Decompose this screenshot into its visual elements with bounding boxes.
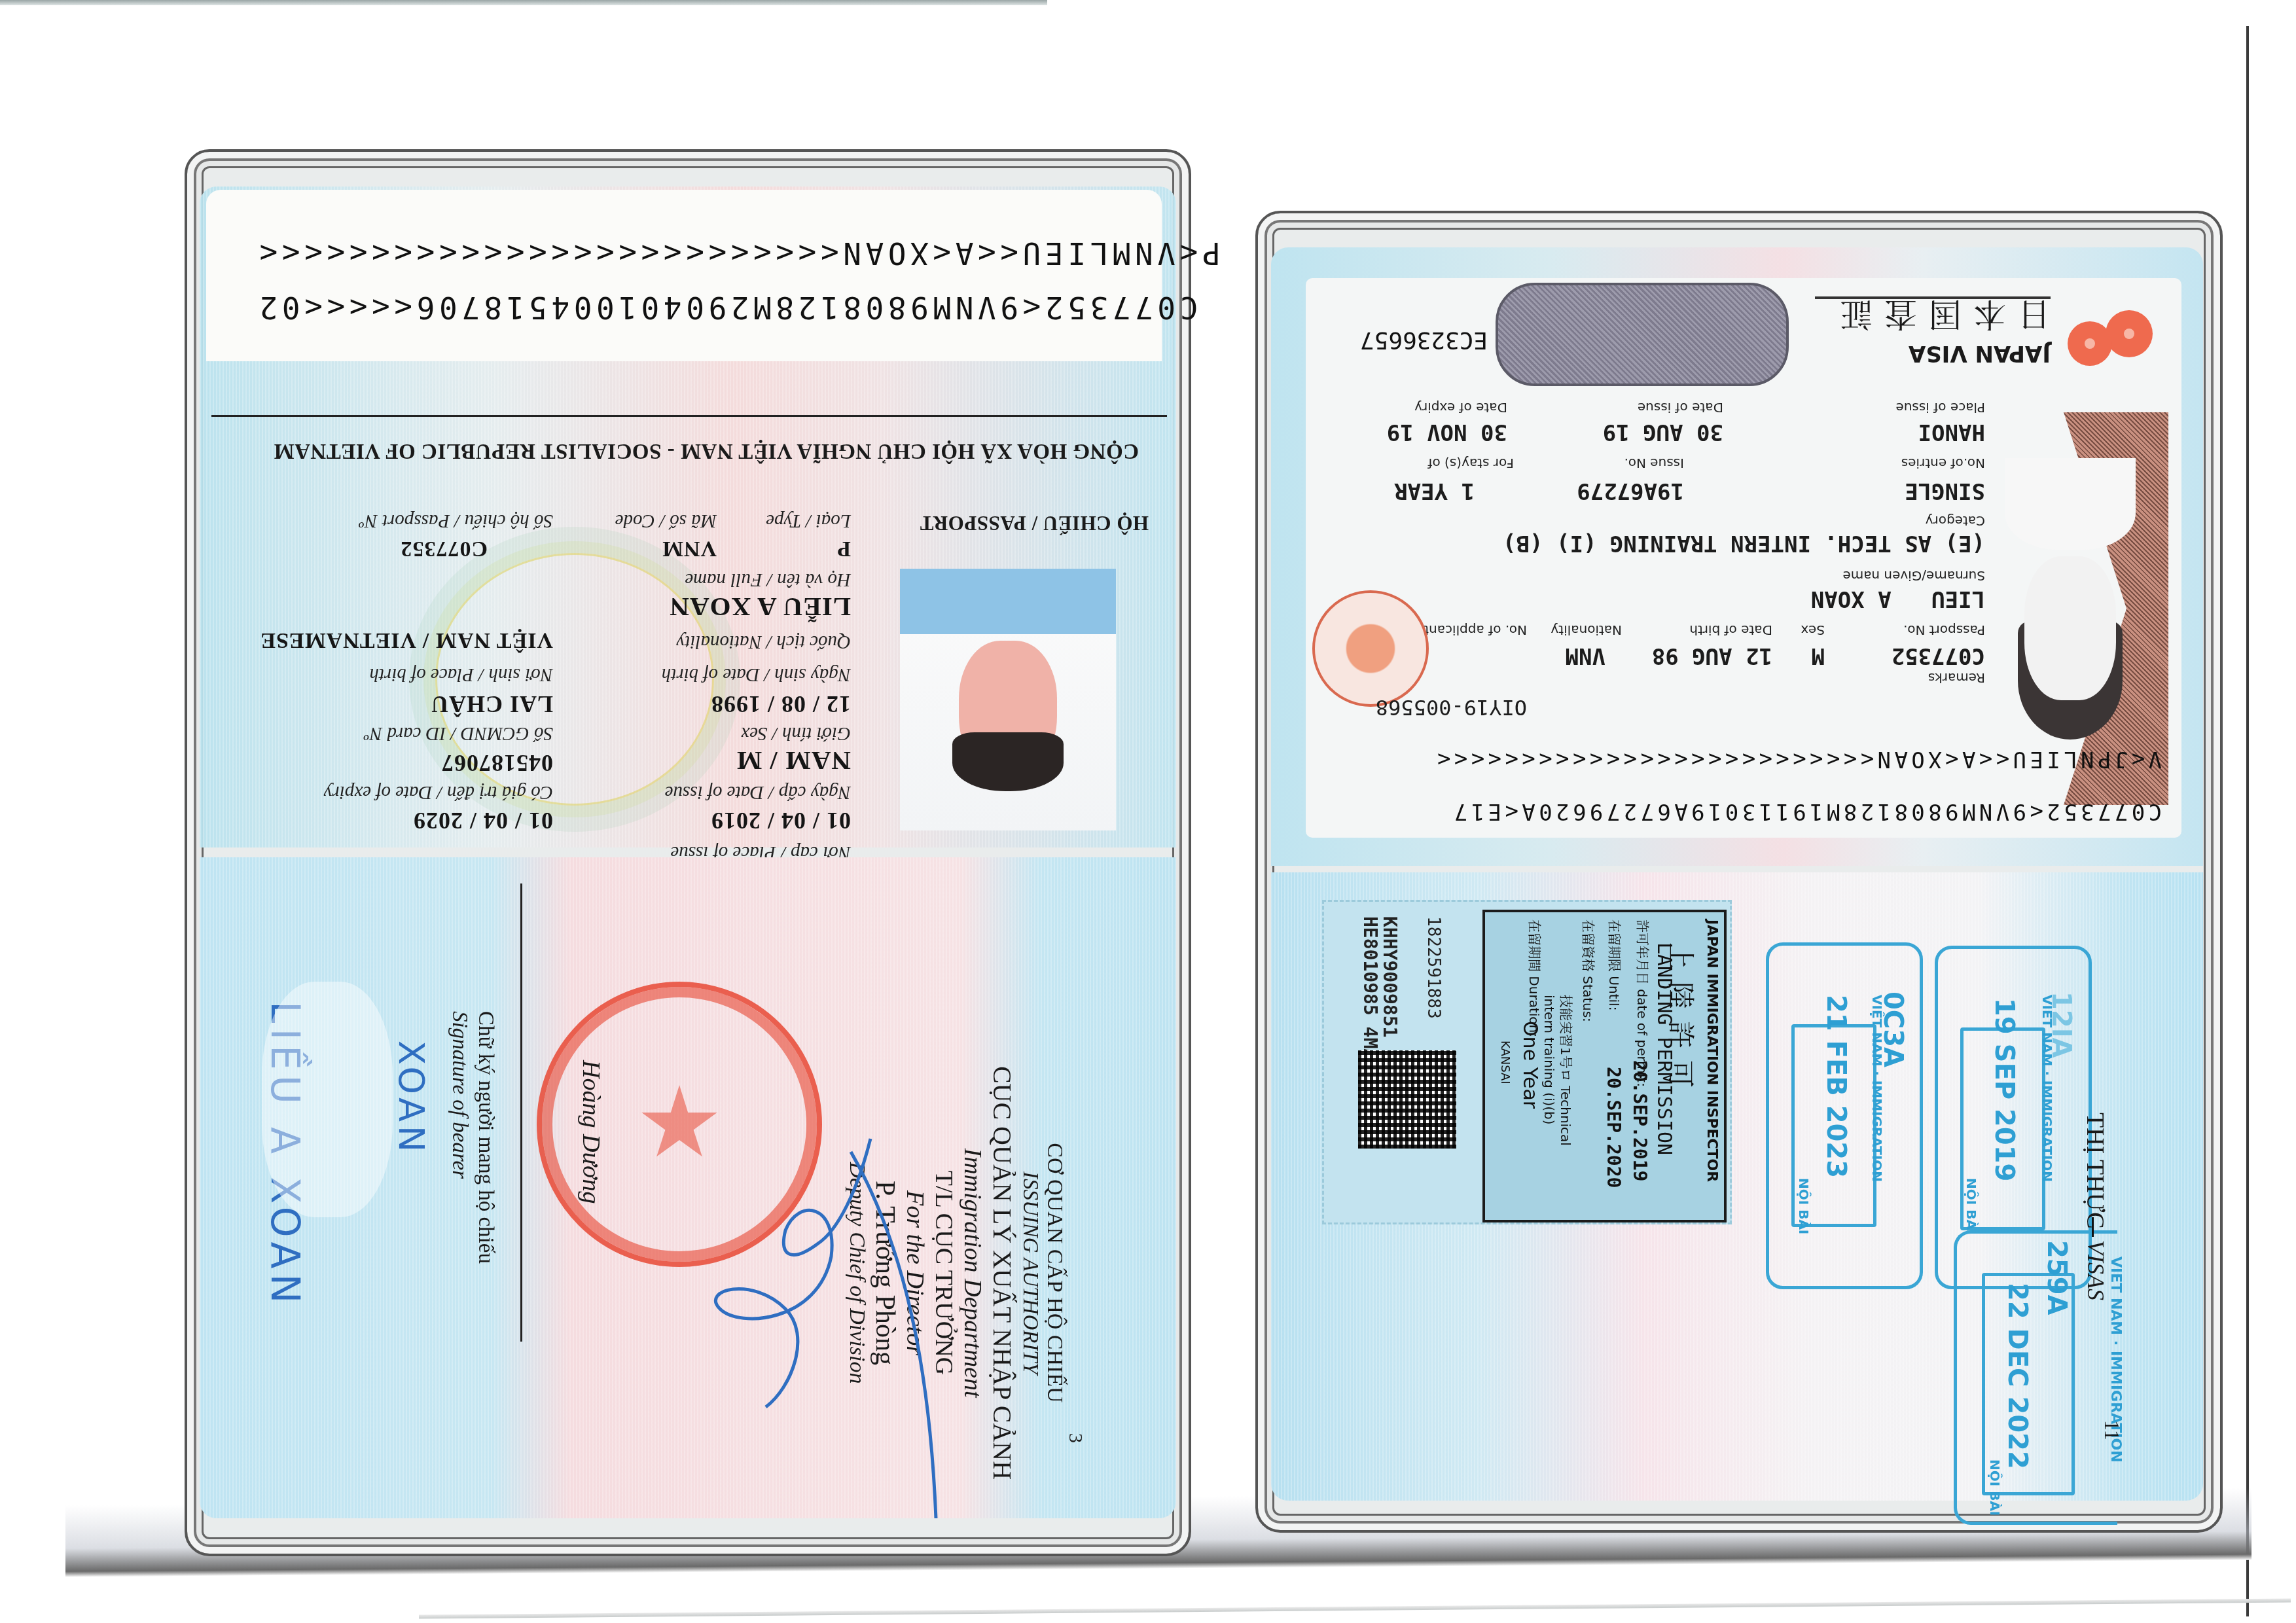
status-value: 技能実習1号ロ Technical intern training (i)(b)	[1541, 995, 1576, 1158]
visa-number: EC3236657	[1360, 327, 1488, 353]
expiry-date-value: 30 NOV 19	[1387, 419, 1507, 445]
entries-value: SINGLE	[1905, 478, 1985, 504]
signatory-name: Hoàng Dương	[577, 1060, 605, 1204]
visa-title-en: JAPAN VISA	[1909, 340, 2051, 366]
dob-value: 12 / 08 / 1998	[711, 690, 851, 718]
dob-label: Ngày sinh / Date of birth	[662, 664, 851, 685]
passport-no-value: C077352	[400, 536, 488, 561]
visa-photo	[1998, 458, 2142, 759]
until-value: 20.SEP.2020	[1603, 1067, 1624, 1188]
visa-mrz-line-1: V<JPNLIEU<<A<XOAN<<<<<<<<<<<<<<<<<<<<<<<…	[1434, 746, 2162, 772]
sex-value: NAM / M	[736, 745, 851, 777]
issue-date-value: 30 AUG 19	[1603, 419, 1723, 445]
authority-line-1: CƠ QUAN CẤP HỘ CHIẾU	[1042, 1037, 1067, 1508]
category-value: (E) AS TECH. INTERN TRAINING (I) (B)	[1503, 530, 1985, 556]
full-name-label: Họ và tên / Full name	[685, 569, 851, 590]
doc-title: HỘ CHIẾU / PASSPORT	[920, 511, 1149, 535]
scan-edge-bottom	[419, 1599, 2291, 1619]
passport-data-block: CỘNG HÒA XÃ HỘI CHỦ NGHĨA VIỆT NAM - SOC…	[206, 361, 1175, 849]
page-number-11: 11	[2100, 1420, 2124, 1440]
entries-label: No.of entries	[1901, 455, 1985, 471]
scan-edge-right	[2246, 26, 2249, 1616]
duration-value: One Year	[1518, 1021, 1541, 1109]
visa-nationality-value: VNM	[1566, 643, 1605, 669]
expiry-label: Có giá trị đến / Date of expiry	[324, 781, 553, 803]
visa-dob-value: 12 AUG 98	[1652, 643, 1772, 669]
passport-mrz-line-1: P<VNMLIEU<<A<XOAN<<<<<<<<<<<<<<<<<<<<<<<…	[255, 236, 1221, 271]
stamp-authority: VIỆT NAM · IMMIGRATION	[1869, 995, 1885, 1182]
title-rule	[1815, 296, 2051, 299]
sakura-icon	[2051, 294, 2168, 380]
code-label: Mã số / Code	[615, 510, 717, 531]
place-issue-value: HANOI	[1918, 419, 1985, 445]
type-label: Loại / Type	[766, 510, 851, 531]
authority-line-4: Immigration Department	[958, 1037, 987, 1508]
passport-photo	[900, 569, 1116, 830]
stamp-port: NỘI BÀI	[1987, 1459, 2003, 1516]
bearer-signature-label: Chữ ký người mang hộ chiếu	[473, 1011, 497, 1264]
applicants-label: No. of applicants	[1417, 622, 1527, 638]
code-value: VNM	[662, 536, 717, 561]
issue-date-label: Ngày cấp / Date of issue	[665, 781, 851, 803]
visa-nationality-label: Nationality	[1551, 622, 1622, 638]
visa-name-value: LIEU A XOAN	[1811, 586, 1985, 612]
landing-code-2: HE8010985 4MA	[1359, 916, 1381, 1060]
mrz-zone	[206, 190, 1162, 361]
passport-no-label: Số hộ chiếu / Passport Nº	[359, 510, 553, 531]
stamp-date: 22 DEC 2022	[2002, 1283, 2032, 1469]
remarks-label: Remarks	[1928, 670, 1985, 686]
category-label: Category	[1926, 513, 1985, 529]
visa-sex-value: M	[1812, 643, 1825, 669]
visa-mrz-line-2: C077352<9VNM9808128M19113019A67279620A<E…	[1450, 798, 2162, 825]
visa-dob-label: Date of birth	[1689, 622, 1772, 638]
visa-page-header-vi: THỊ THỰC	[2081, 1113, 2109, 1229]
landing-port: KANSAI	[1498, 1041, 1512, 1084]
stamp-date: 21 FEB 2023	[1821, 995, 1851, 1178]
id-card-label: Số GCMND / ID card Nº	[364, 722, 553, 744]
visa-page-header-en: VISAS	[2082, 1240, 2109, 1300]
visa-sex-label: Sex	[1801, 622, 1825, 638]
japan-visa-sticker: JAPAN VISA 日本国査証 EC3236657 Place of issu…	[1306, 278, 2181, 838]
page-number-3: 3	[1064, 1433, 1086, 1443]
authority-line-3: CỤC QUẢN LÝ XUẤT NHẬP CẢNH	[987, 1037, 1018, 1508]
header-rule	[211, 415, 1167, 417]
sex-label: Giới tính / Sex	[741, 722, 851, 744]
expiry-value: 01 / 04 / 2029	[413, 807, 553, 834]
mofa-seal	[1312, 590, 1429, 707]
remarks-value: OIY19-005568	[1376, 695, 1527, 720]
page-divider	[520, 883, 522, 1342]
bearer-signature-given: XOAN	[391, 1041, 432, 1156]
duration-label: 在留期間 Duration:	[1526, 919, 1545, 1037]
stay-value: 1 YEAR	[1394, 478, 1475, 504]
pob-value: LAI CHÂU	[431, 690, 553, 718]
scan-edge-top	[0, 0, 1047, 5]
header-dash	[2092, 1217, 2094, 1237]
authority-line-2: ISSUING AUTHORITY	[1018, 1037, 1042, 1508]
stay-label: For stay(s) of	[1427, 455, 1514, 471]
place-issue-label: Place of issue	[1895, 400, 1985, 416]
landing-code-1: KHHY9009851	[1379, 916, 1401, 1037]
issue-date-label: Date of issue	[1638, 400, 1723, 416]
country-header: CỘNG HÒA XÃ HỘI CHỦ NGHĨA VIỆT NAM - SOC…	[274, 438, 1139, 463]
full-name-value: LIỄU A XOAN	[669, 592, 851, 623]
officer-signature	[622, 1113, 962, 1531]
stamp-port: NỘI BÀI	[1796, 1178, 1812, 1234]
hologram	[1496, 283, 1789, 386]
status-label: 在留資格 Status:	[1579, 919, 1598, 1022]
bearer-signature-label-en: Signature of bearer	[447, 1011, 471, 1179]
issue-date-value: 01 / 04 / 2019	[711, 807, 851, 834]
pob-label: Nơi sinh / Place of birth	[370, 664, 554, 685]
visa-passport-no-value: C077352	[1892, 643, 1985, 669]
stamp-date: 19 SEP 2019	[1989, 998, 2019, 1181]
id-card-value: 045187067	[441, 749, 553, 777]
nationality-value: VIỆT NAM / VIETNAMESE	[260, 628, 553, 652]
issue-no-label: Issue No.	[1624, 455, 1684, 471]
nationality-label: Quốc tịch / Nationality	[676, 631, 851, 652]
issue-no-value: 19A67279	[1577, 478, 1684, 504]
landing-title-en: LANDING PERMISSION	[1653, 942, 1676, 1155]
date-permit-value: 20.SEP.2019	[1629, 1060, 1651, 1181]
passport-mrz-line-2: C077352<9VNM9808128M290401004518706<<<<<…	[255, 290, 1198, 325]
stamp-code: 259A	[2041, 1240, 2072, 1315]
type-value: P	[836, 536, 851, 561]
expiry-date-label: Date of expiry	[1414, 400, 1507, 416]
until-label: 在留期限 Until:	[1605, 919, 1624, 1010]
visa-name-label: Surname/Given name	[1842, 568, 1985, 584]
visa-title-jp: 日本国査証	[1828, 293, 2051, 340]
landing-header: JAPAN IMMIGRATION INSPECTOR	[1704, 919, 1720, 1182]
watermark-cloud	[262, 982, 393, 1217]
stamp-authority: VIET NAM · IMMIGRATION	[2039, 995, 2055, 1182]
landing-serial: 1822591883	[1424, 916, 1443, 1019]
visa-passport-no-label: Passport No.	[1903, 622, 1985, 638]
stamp-port: NỘI BÀI	[1964, 1178, 1979, 1234]
qr-code-icon	[1358, 1050, 1456, 1149]
